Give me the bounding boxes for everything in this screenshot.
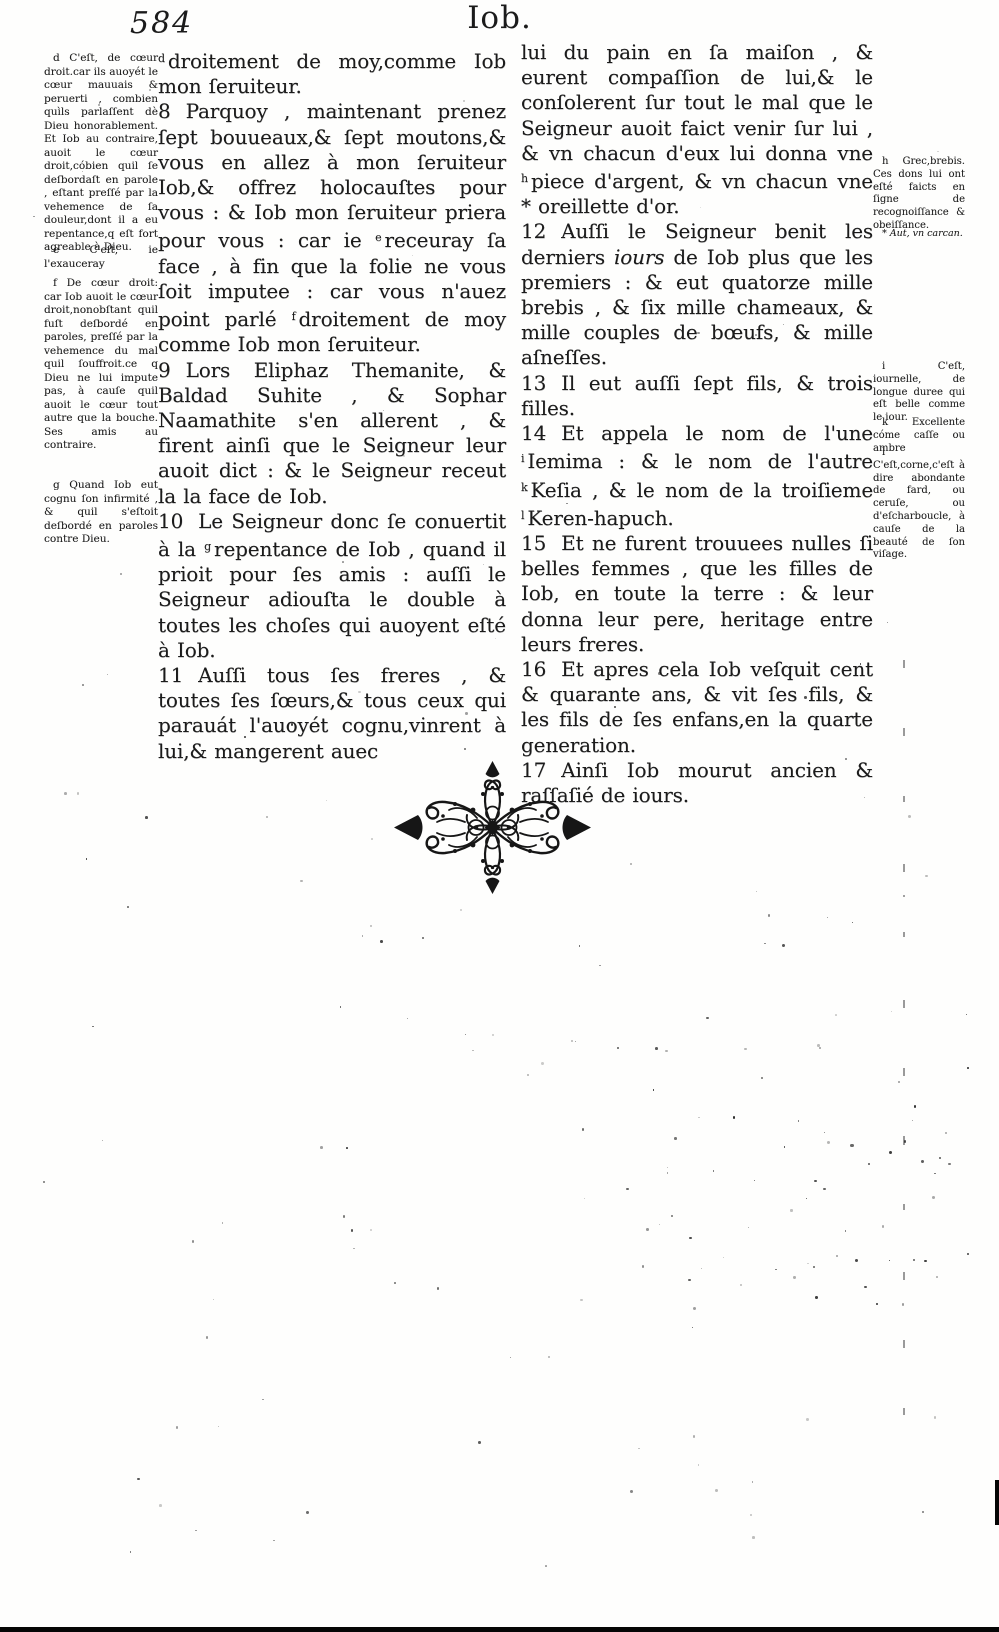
note-reference-superscript: i [521, 452, 524, 465]
scan-speck [306, 1511, 309, 1514]
scan-edge-bottom [0, 1627, 999, 1632]
scan-speck [582, 1128, 585, 1131]
margin-note-f: f De cœur droit: car Iob auoit le cœur d… [44, 277, 158, 453]
verse-number: 15 [521, 531, 546, 555]
scan-speck [706, 1017, 708, 1019]
scan-speck [824, 1132, 825, 1133]
scan-speck [775, 1269, 777, 1271]
verse-text: Lors Eliphaz Themanite, & Baldad Suhite … [158, 358, 506, 508]
scan-speck [492, 1034, 493, 1035]
note-reference-superscript: d [158, 52, 165, 65]
scan-speck [127, 906, 129, 908]
scan-speck [340, 1006, 341, 1007]
scan-speck [159, 1504, 162, 1507]
scan-speck [698, 1117, 699, 1118]
scan-speck [346, 1147, 348, 1149]
margin-note-h: h Grec,brebis. Ces dons lui ont eſté fai… [873, 156, 965, 233]
scan-speck [902, 1303, 905, 1306]
scan-speck [806, 1418, 809, 1421]
scan-speck [733, 1116, 736, 1119]
verse-paragraph: ddroitement de moy,comme Iob mon ſeruite… [158, 46, 506, 99]
scan-speck [784, 1146, 786, 1148]
scan-speck [966, 1014, 967, 1015]
scan-speck [33, 216, 34, 217]
scan-speck [541, 1062, 544, 1065]
scan-speck [807, 1263, 809, 1265]
scan-speck [723, 1257, 725, 1259]
scan-speck [891, 1011, 892, 1012]
scan-speck [460, 909, 463, 912]
verse-number: 16 [521, 657, 546, 681]
scan-speck [850, 1144, 853, 1147]
scan-speck [43, 1181, 45, 1183]
scan-speck [472, 1050, 473, 1051]
scan-speck [671, 1215, 674, 1218]
verse-paragraph: 11Auſſi tous ſes freres , & toutes ſes ſ… [158, 663, 506, 764]
scan-speck [903, 895, 905, 897]
scan-speck [790, 1209, 792, 1211]
scan-speck [889, 1151, 892, 1154]
scan-speck [693, 1307, 696, 1310]
scan-speck [630, 1490, 633, 1493]
scan-speck [273, 1540, 275, 1542]
scan-speck [908, 815, 911, 818]
scan-speck [380, 940, 383, 943]
scan-speck [370, 925, 371, 926]
scan-speck [752, 1536, 755, 1539]
scan-speck [262, 1399, 263, 1400]
scan-speck [545, 1565, 547, 1567]
scan-speck [945, 1132, 947, 1134]
scan-speck [655, 1047, 658, 1050]
verse-text: lui du pain en ſa maiſon , & eurent comp… [521, 40, 873, 165]
scan-speck [92, 1026, 94, 1028]
scan-speck [674, 1137, 677, 1140]
verse-text: piece d'argent, & vn chacun vne * oreill… [521, 169, 873, 218]
scan-speck [692, 1327, 693, 1328]
scan-speck [478, 1441, 481, 1444]
scan-speck [626, 1188, 628, 1190]
scan-speck [120, 573, 122, 575]
scan-speck [903, 660, 905, 668]
scan-speck [77, 792, 79, 794]
scan-speck [630, 863, 632, 865]
scan-speck [145, 816, 148, 819]
scan-speck [967, 1253, 969, 1255]
italic-word: iours [614, 245, 664, 269]
scan-speck [903, 1136, 905, 1145]
scan-speck [761, 1077, 763, 1079]
scan-speck [343, 1215, 345, 1217]
scan-speck [903, 1272, 905, 1280]
verse-number: 9 [158, 358, 171, 382]
scan-speck [876, 1303, 878, 1305]
verse-text: Et ne furent trouuees nulles ſi belles f… [521, 531, 873, 656]
margin-note-i: i C'eſt, iournelle, de longue duree qui … [873, 361, 965, 425]
scan-speck [510, 1357, 512, 1359]
verse-number: 8 [158, 99, 171, 123]
scan-speck [176, 1426, 178, 1428]
note-reference-superscript: e [375, 231, 381, 244]
scan-speck [827, 1141, 830, 1144]
scan-speck [754, 1180, 755, 1181]
scan-speck [206, 1336, 208, 1338]
scan-speck [903, 796, 905, 802]
scan-speck [782, 944, 785, 947]
text-column-left: ddroitement de moy,comme Iob mon ſeruite… [158, 46, 506, 764]
scan-speck [845, 1230, 847, 1232]
scan-speck [903, 932, 905, 937]
scan-speck [827, 917, 828, 918]
margin-note-e: e C'eſt, ie l'exauceray [44, 244, 158, 271]
scan-speck [642, 1265, 644, 1267]
scan-speck [82, 684, 84, 686]
note-reference-superscript: f [292, 310, 296, 323]
scan-speck [864, 1286, 867, 1289]
scan-speck [353, 1248, 354, 1249]
scan-speck [266, 816, 268, 818]
scan-speck [903, 1068, 905, 1076]
scan-speck [925, 875, 927, 877]
verse-number: 13 [521, 371, 546, 395]
verse-number: 12 [521, 219, 546, 243]
scan-speck [300, 880, 303, 883]
scan-speck [362, 935, 364, 937]
margin-note-alt-reading: * Aut, vn carcan. [873, 228, 965, 241]
scan-speck [213, 1299, 214, 1300]
scan-speck [579, 945, 580, 946]
scan-speck [936, 1276, 938, 1278]
scan-speck [689, 1237, 692, 1240]
verse-paragraph: 16Et apres cela Iob veſquit cent & quara… [521, 657, 873, 758]
scan-speck [740, 1284, 742, 1286]
verse-number: 14 [521, 421, 546, 445]
verse-text: Il eut auſſi ſept fils, & trois filles. [521, 371, 873, 420]
verse-text: Auſſi tous ſes freres , & toutes ſes ſœu… [158, 663, 506, 763]
verse-paragraph: 13Il eut auſſi ſept fils, & trois filles… [521, 371, 873, 421]
scan-speck [584, 1198, 585, 1199]
scan-speck [922, 1511, 924, 1513]
scan-speck [394, 1282, 396, 1284]
scan-speck [903, 1340, 905, 1348]
scan-speck [937, 151, 938, 152]
scan-speck [904, 1140, 906, 1142]
verse-text: Et apres cela Iob veſquit cent & quarant… [521, 657, 873, 757]
verse-paragraph: 15Et ne furent trouuees nulles ſi belles… [521, 531, 873, 657]
margin-note-d: d C'eſt, de cœur droit.car ils auoyét le… [44, 52, 158, 255]
scan-speck [195, 1530, 197, 1532]
scan-speck [351, 1229, 354, 1232]
scan-speck [815, 1296, 818, 1299]
scan-speck [744, 1048, 747, 1051]
scan-speck [688, 1279, 690, 1281]
scan-speck [852, 922, 853, 923]
scan-speck [748, 1227, 749, 1228]
scan-speck [192, 1240, 195, 1243]
scan-speck [903, 728, 905, 736]
verse-paragraph: lui du pain en ſa maiſon , & eurent comp… [521, 40, 873, 219]
scan-speck [752, 1481, 753, 1482]
scan-speck [934, 1416, 936, 1418]
scan-speck [693, 1435, 696, 1438]
scan-speck [667, 1167, 668, 1168]
verse-text: repentance de Iob , quand il prioit pour… [158, 537, 506, 662]
text-column-right: lui du pain en ſa maiſon , & eurent comp… [521, 40, 873, 808]
scan-speck [64, 792, 67, 795]
scan-speck [659, 1224, 660, 1225]
scan-speck [137, 1478, 140, 1481]
scan-speck [713, 1170, 715, 1172]
scan-speck [465, 1034, 466, 1035]
running-header: Iob. [0, 0, 999, 36]
scan-speck [222, 1222, 223, 1223]
scan-speck [320, 1146, 323, 1149]
printer-fleuron-ornament [390, 760, 595, 899]
scan-speck [912, 1120, 913, 1121]
verse-text: Keren-hapuch. [527, 506, 673, 530]
scan-speck [698, 1464, 700, 1466]
note-reference-superscript: g [204, 540, 211, 553]
scan-speck [638, 1448, 640, 1450]
scan-speck [948, 1163, 951, 1166]
scan-speck [575, 1041, 576, 1042]
verse-number: 11 [158, 663, 183, 687]
scan-speck [768, 914, 771, 917]
scan-speck [855, 1259, 858, 1262]
scan-speck [130, 1551, 132, 1553]
scan-speck [806, 1198, 807, 1199]
scan-speck [756, 891, 757, 892]
scan-speck [218, 1426, 219, 1427]
scan-speck [903, 1408, 905, 1415]
scan-speck [914, 1105, 917, 1108]
scan-speck [437, 1287, 439, 1289]
scan-speck [764, 943, 766, 945]
scan-speck [898, 1081, 900, 1083]
scan-speck [903, 864, 905, 872]
scan-speck [527, 1074, 529, 1076]
scan-speck [580, 1299, 583, 1302]
scan-speck [823, 1188, 825, 1190]
scan-speck [819, 1047, 821, 1049]
scan-speck [921, 1160, 924, 1163]
verse-text: Keſia , & le nom de la troiſieme [531, 478, 873, 502]
scan-speck [371, 838, 373, 840]
scan-speck [903, 1000, 905, 1008]
verse-paragraph: 14Et appela le nom de l'une iIemima : & … [521, 421, 873, 531]
scan-speck [798, 1120, 799, 1121]
scan-speck [326, 800, 327, 801]
scan-speck [667, 1172, 668, 1173]
scan-speck [665, 1050, 667, 1052]
scan-speck [887, 622, 888, 623]
scan-speck [924, 1260, 927, 1263]
scan-speck [102, 1140, 104, 1142]
scan-speck [599, 965, 601, 967]
scan-speck [750, 1514, 751, 1515]
scan-speck [701, 1268, 703, 1270]
margin-note-l: l C'eſt,corne,c'eſt à dire abondante de … [873, 447, 965, 562]
verse-paragraph: 9Lors Eliphaz Themanite, & Baldad Suhite… [158, 358, 506, 509]
scan-speck [913, 1259, 915, 1261]
scan-speck [814, 1180, 816, 1182]
note-reference-superscript: l [521, 509, 524, 522]
verse-paragraph: 12Auſſi le Seigneur benit les derniers i… [521, 219, 873, 370]
scan-speck [882, 1225, 885, 1228]
scan-speck [889, 1260, 891, 1262]
verse-text: droitement de moy,comme Iob mon ſeruiteu… [158, 49, 506, 98]
verse-number: 10 [158, 509, 183, 533]
scan-speck [86, 858, 88, 860]
margin-note-g: g Quand Iob eut cognu ſon infirmité , & … [44, 479, 158, 547]
scan-speck [617, 1047, 619, 1049]
scan-speck [370, 1229, 372, 1231]
scan-speck [939, 1157, 941, 1159]
verse-paragraph: 10Le Seigneur donc ſe conuertit à la gre… [158, 509, 506, 663]
fleuron-icon [390, 760, 595, 895]
scan-speck [793, 1276, 795, 1278]
scan-speck [646, 1228, 649, 1231]
scan-speck [653, 1089, 654, 1090]
verse-paragraph: 8Parquoy , maintenant prenez ſept bouuea… [158, 99, 506, 357]
scan-speck [932, 1196, 935, 1199]
scan-speck [571, 1040, 573, 1042]
scan-speck [868, 1163, 870, 1165]
scan-edge-artifact [995, 1480, 999, 1525]
scanned-book-page: 584 Iob. d C'eſt, de cœur droit.car ils … [0, 0, 999, 1632]
scan-speck [934, 1173, 936, 1175]
scan-speck [107, 674, 108, 675]
scan-speck [836, 1255, 838, 1257]
scan-speck [407, 1018, 408, 1019]
verse-text: Et appela le nom de l'une [561, 421, 873, 445]
scan-speck [835, 1014, 837, 1016]
scan-speck [422, 937, 424, 939]
note-reference-superscript: k [521, 481, 528, 494]
note-reference-superscript: h [521, 172, 528, 185]
scan-speck [817, 1044, 820, 1047]
scan-speck [903, 1204, 905, 1210]
scan-speck [967, 1067, 969, 1069]
scan-speck [813, 1266, 815, 1268]
scan-speck [715, 1489, 718, 1492]
scan-speck [548, 1356, 550, 1358]
verse-text: Iemima : & le nom de l'autre [527, 449, 873, 473]
